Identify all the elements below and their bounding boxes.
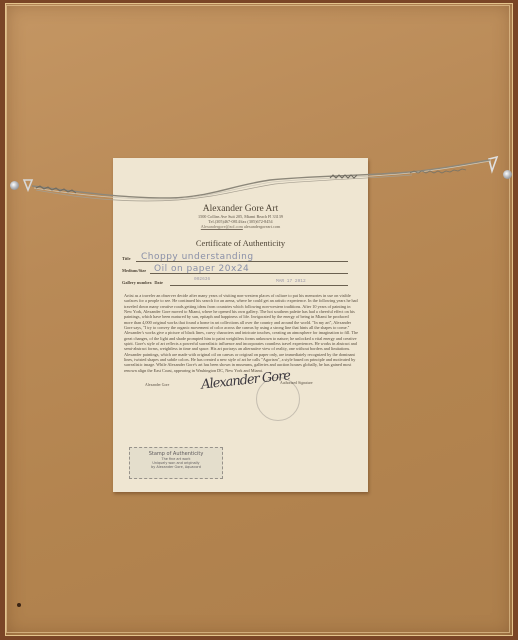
title-value: Choppy understanding	[141, 252, 254, 262]
gallery-number-field: Gallery number. Date 002636 MAR 17 2012	[122, 275, 348, 287]
medium-label: Medium/Size	[122, 268, 146, 273]
right-screw	[503, 170, 512, 179]
gallery-name: Alexander Gore Art	[113, 204, 368, 214]
certificate-header: Alexander Gore Art 1500 Collins Ave Suit…	[113, 204, 368, 229]
gallery-number-label: Gallery number. Date	[122, 280, 163, 285]
medium-field: Medium/Size Oil on paper 20x24	[122, 263, 348, 275]
stamp-line: by Alexander Gore, Aquacord	[130, 465, 222, 469]
gallery-email: Alexandergore@aol.com	[201, 224, 243, 229]
title-field: Title Choppy understanding	[122, 251, 348, 263]
gallery-number-value: 002636	[194, 277, 210, 282]
artist-statement: Artist as a traveler an observer decide …	[124, 293, 358, 373]
nail-hole	[17, 603, 21, 607]
gallery-contact: Alexandergore@aol.com alexandergoreart.c…	[113, 224, 368, 229]
signature-row: Alexander Gore Alexander Gore Authorized…	[113, 379, 368, 401]
title-label: Title	[122, 256, 131, 261]
authenticity-stamp: Stamp of Authenticity The fine art work …	[129, 447, 223, 479]
medium-value: Oil on paper 20x24	[154, 264, 249, 274]
gallery-website: alexandergoreart.com	[244, 224, 280, 229]
certificate-heading: Certificate of Authenticity	[113, 238, 368, 248]
artist-name-label: Alexander Gore	[145, 383, 169, 387]
certificate-of-authenticity: Alexander Gore Art 1500 Collins Ave Suit…	[113, 158, 368, 492]
authorized-signature-label: Authorized Signature	[280, 381, 313, 385]
date-value: MAR 17 2012	[276, 279, 306, 284]
left-screw	[10, 181, 19, 190]
